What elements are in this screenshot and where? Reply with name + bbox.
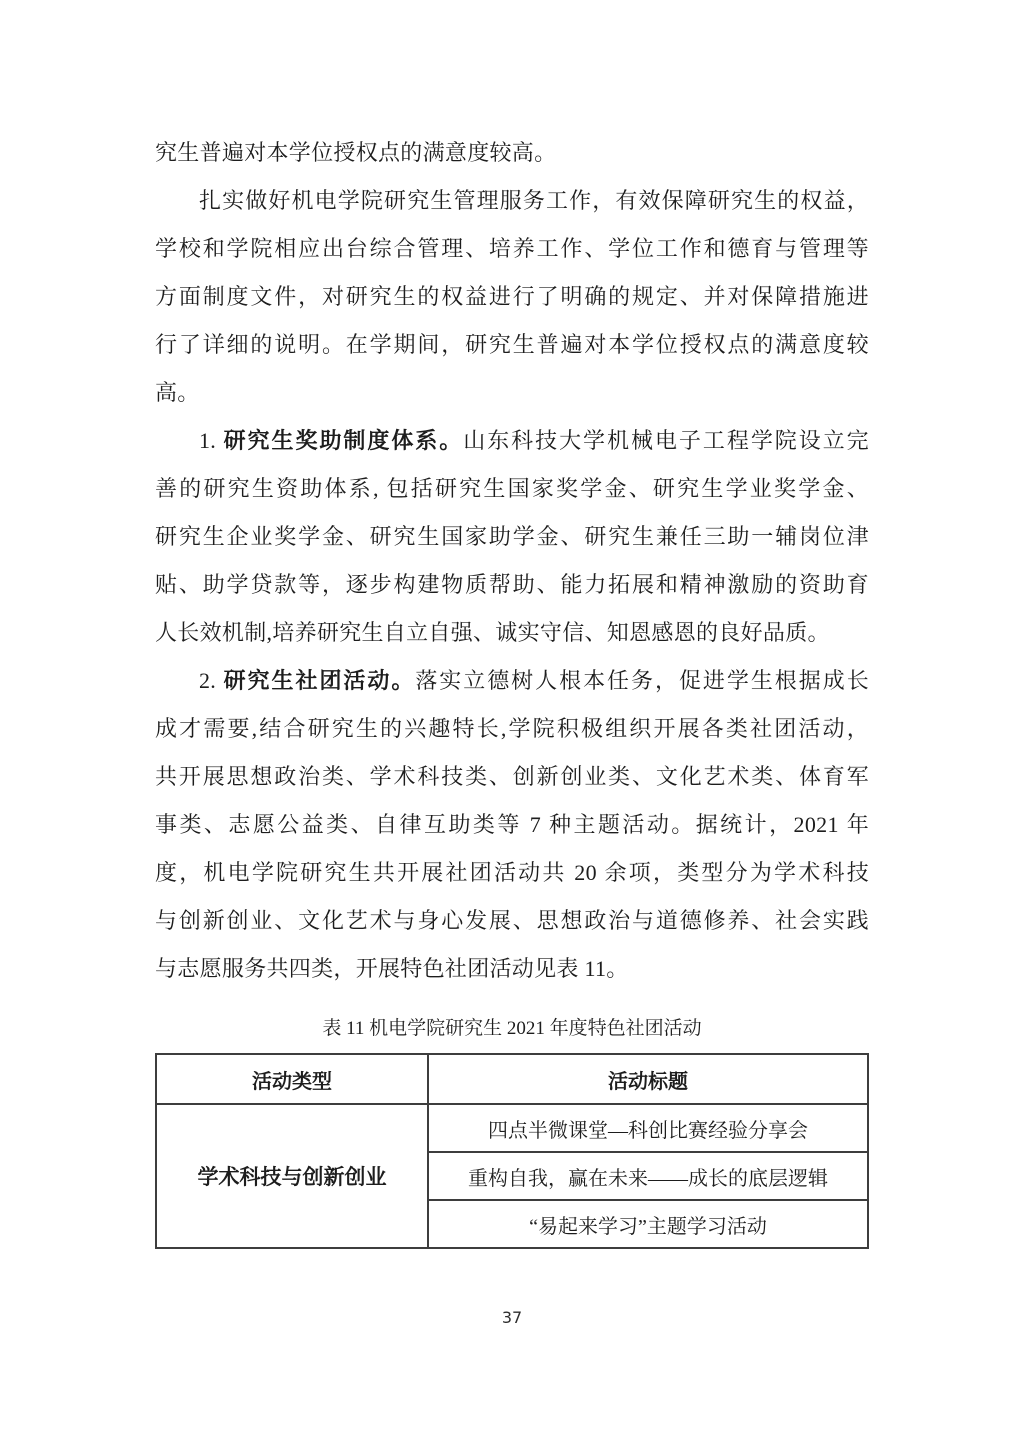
body-line: 行了详细的说明。在学期间，研究生普遍对本学位授权点的满意度较 [155,321,869,369]
activity-cell: 重构自我，赢在未来——成长的底层逻辑 [428,1152,868,1200]
activity-cell: 四点半微课堂—科创比赛经验分享会 [428,1104,868,1152]
page-number: 37 [0,1308,1024,1327]
body-line-section-1: 1. 研究生奖助制度体系。山东科技大学机械电子工程学院设立完 [155,417,869,465]
body-line: 高。 [155,369,869,417]
body-line: 度，机电学院研究生共开展社团活动共 20 余项，类型分为学术科技 [155,849,869,897]
body-line: 与志愿服务共四类，开展特色社团活动见表 11。 [155,945,869,993]
section-number: 2. [199,668,224,693]
body-line: 与创新创业、文化艺术与身心发展、思想政治与道德修养、社会实践 [155,897,869,945]
section-heading: 研究生奖助制度体系。 [224,428,464,453]
section-heading: 研究生社团活动。 [224,668,416,693]
header-cell-activity-type: 活动类型 [156,1054,428,1104]
body-line: 究生普遍对本学位授权点的满意度较高。 [155,129,869,177]
body-line: 事类、志愿公益类、自律互助类等 7 种主题活动。据统计，2021 年 [155,801,869,849]
header-cell-activity-title: 活动标题 [428,1054,868,1104]
body-line: 人长效机制,培养研究生自立自强、诚实守信、知恩感恩的良好品质。 [155,609,869,657]
category-cell: 学术科技与创新创业 [156,1104,428,1248]
body-line: 共开展思想政治类、学术科技类、创新创业类、文化艺术类、体育军 [155,753,869,801]
section-number: 1. [199,428,224,453]
section-text: 落实立德树人根本任务，促进学生根据成长 [415,668,869,693]
table-header-row: 活动类型 活动标题 [156,1054,868,1104]
activities-table: 活动类型 活动标题 学术科技与创新创业 四点半微课堂—科创比赛经验分享会 重构自… [155,1053,869,1249]
body-line: 方面制度文件，对研究生的权益进行了明确的规定、并对保障措施进 [155,273,869,321]
body-line: 贴、助学贷款等，逐步构建物质帮助、能力拓展和精神激励的资助育 [155,561,869,609]
document-body: 究生普遍对本学位授权点的满意度较高。 扎实做好机电学院研究生管理服务工作，有效保… [155,129,869,993]
section-text: 山东科技大学机械电子工程学院设立完 [463,428,869,453]
table-row: 学术科技与创新创业 四点半微课堂—科创比赛经验分享会 [156,1104,868,1152]
activity-cell: “易起来学习”主题学习活动 [428,1200,868,1248]
body-line: 扎实做好机电学院研究生管理服务工作，有效保障研究生的权益， [155,177,869,225]
body-line: 善的研究生资助体系, 包括研究生国家奖学金、研究生学业奖学金、 [155,465,869,513]
body-line: 研究生企业奖学金、研究生国家助学金、研究生兼任三助一辅岗位津 [155,513,869,561]
body-line: 学校和学院相应出台综合管理、培养工作、学位工作和德育与管理等 [155,225,869,273]
body-line-section-2: 2. 研究生社团活动。落实立德树人根本任务，促进学生根据成长 [155,657,869,705]
table-caption: 表 11 机电学院研究生 2021 年度特色社团活动 [155,1007,869,1051]
document-page: 究生普遍对本学位授权点的满意度较高。 扎实做好机电学院研究生管理服务工作，有效保… [0,0,1024,1448]
body-line: 成才需要,结合研究生的兴趣特长,学院积极组织开展各类社团活动， [155,705,869,753]
